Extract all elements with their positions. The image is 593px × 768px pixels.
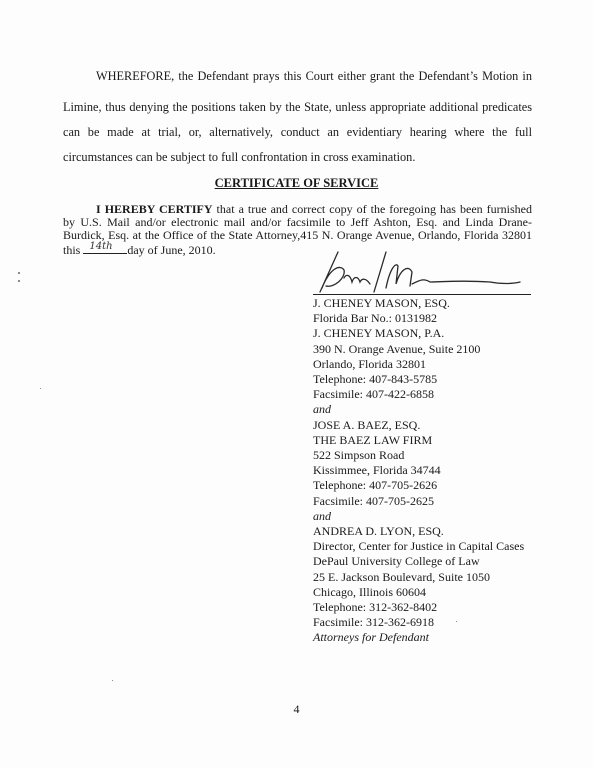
attorney-line: Facsimile: 407-422-6858 (313, 387, 524, 402)
attorney-line: Orlando, Florida 32801 (313, 357, 524, 372)
certificate-line-3: Burdick, Esq. at the Office of the State… (63, 229, 532, 242)
certify-lead: I HEREBY CERTIFY (96, 202, 213, 216)
attorney-line: Director, Center for Justice in Capital … (313, 539, 524, 554)
day-suffix: day of June, 2010. (127, 243, 215, 257)
attorney-line: JOSE A. BAEZ, ESQ. (313, 418, 524, 433)
document-page: WHEREFORE, the Defendant prays this Cour… (0, 0, 593, 768)
wherefore-line-2: Limine, thus denying the positions taken… (63, 100, 532, 114)
attorney-line: Telephone: 407-843-5785 (313, 372, 524, 387)
attorney-line: Facsimile: 312-362-6918 (313, 615, 524, 630)
scan-speck (40, 388, 41, 389)
scan-speck (456, 621, 457, 622)
day-blank: 14th (83, 242, 127, 254)
attorney-line: Florida Bar No.: 0131982 (313, 311, 524, 326)
page-number: 4 (0, 702, 593, 717)
scan-speck (18, 272, 20, 274)
attorney-line: J. CHENEY MASON, ESQ. (313, 296, 524, 311)
signature-line (313, 294, 531, 295)
attorney-line: ANDREA D. LYON, ESQ. (313, 524, 524, 539)
certificate-title: CERTIFICATE OF SERVICE (0, 176, 593, 191)
attorney-line: Kissimmee, Florida 34744 (313, 463, 524, 478)
attorney-line: 390 N. Orange Avenue, Suite 2100 (313, 342, 524, 357)
attorney-line: Facsimile: 407-705-2625 (313, 494, 524, 509)
signature-block: J. CHENEY MASON, ESQ. Florida Bar No.: 0… (313, 296, 524, 646)
attorney-line: DePaul University College of Law (313, 554, 524, 569)
attorney-line: THE BAEZ LAW FIRM (313, 433, 524, 448)
attorney-line: Chicago, Illinois 60604 (313, 585, 524, 600)
attorney-line: Telephone: 407-705-2626 (313, 478, 524, 493)
attorney-conjunction: and (313, 402, 524, 417)
attorney-line: Telephone: 312-362-8402 (313, 600, 524, 615)
wherefore-line-1: WHEREFORE, the Defendant prays this Cour… (96, 69, 532, 83)
scan-speck (112, 680, 113, 681)
wherefore-line-3: can be made at trial, or, alternatively,… (63, 125, 532, 139)
handwritten-day: 14th (89, 240, 112, 253)
attorneys-for-defendant: Attorneys for Defendant (313, 630, 524, 645)
attorney-conjunction: and (313, 509, 524, 524)
wherefore-line-4: circumstances can be subject to full con… (63, 150, 532, 164)
handwritten-signature (300, 248, 540, 296)
attorney-line: 522 Simpson Road (313, 448, 524, 463)
attorney-line: J. CHENEY MASON, P.A. (313, 326, 524, 341)
certify-line-1-rest: that a true and correct copy of the fore… (213, 202, 532, 216)
attorney-line: 25 E. Jackson Boulevard, Suite 1050 (313, 570, 524, 585)
scan-speck (18, 280, 20, 282)
this-label: this (63, 243, 80, 257)
